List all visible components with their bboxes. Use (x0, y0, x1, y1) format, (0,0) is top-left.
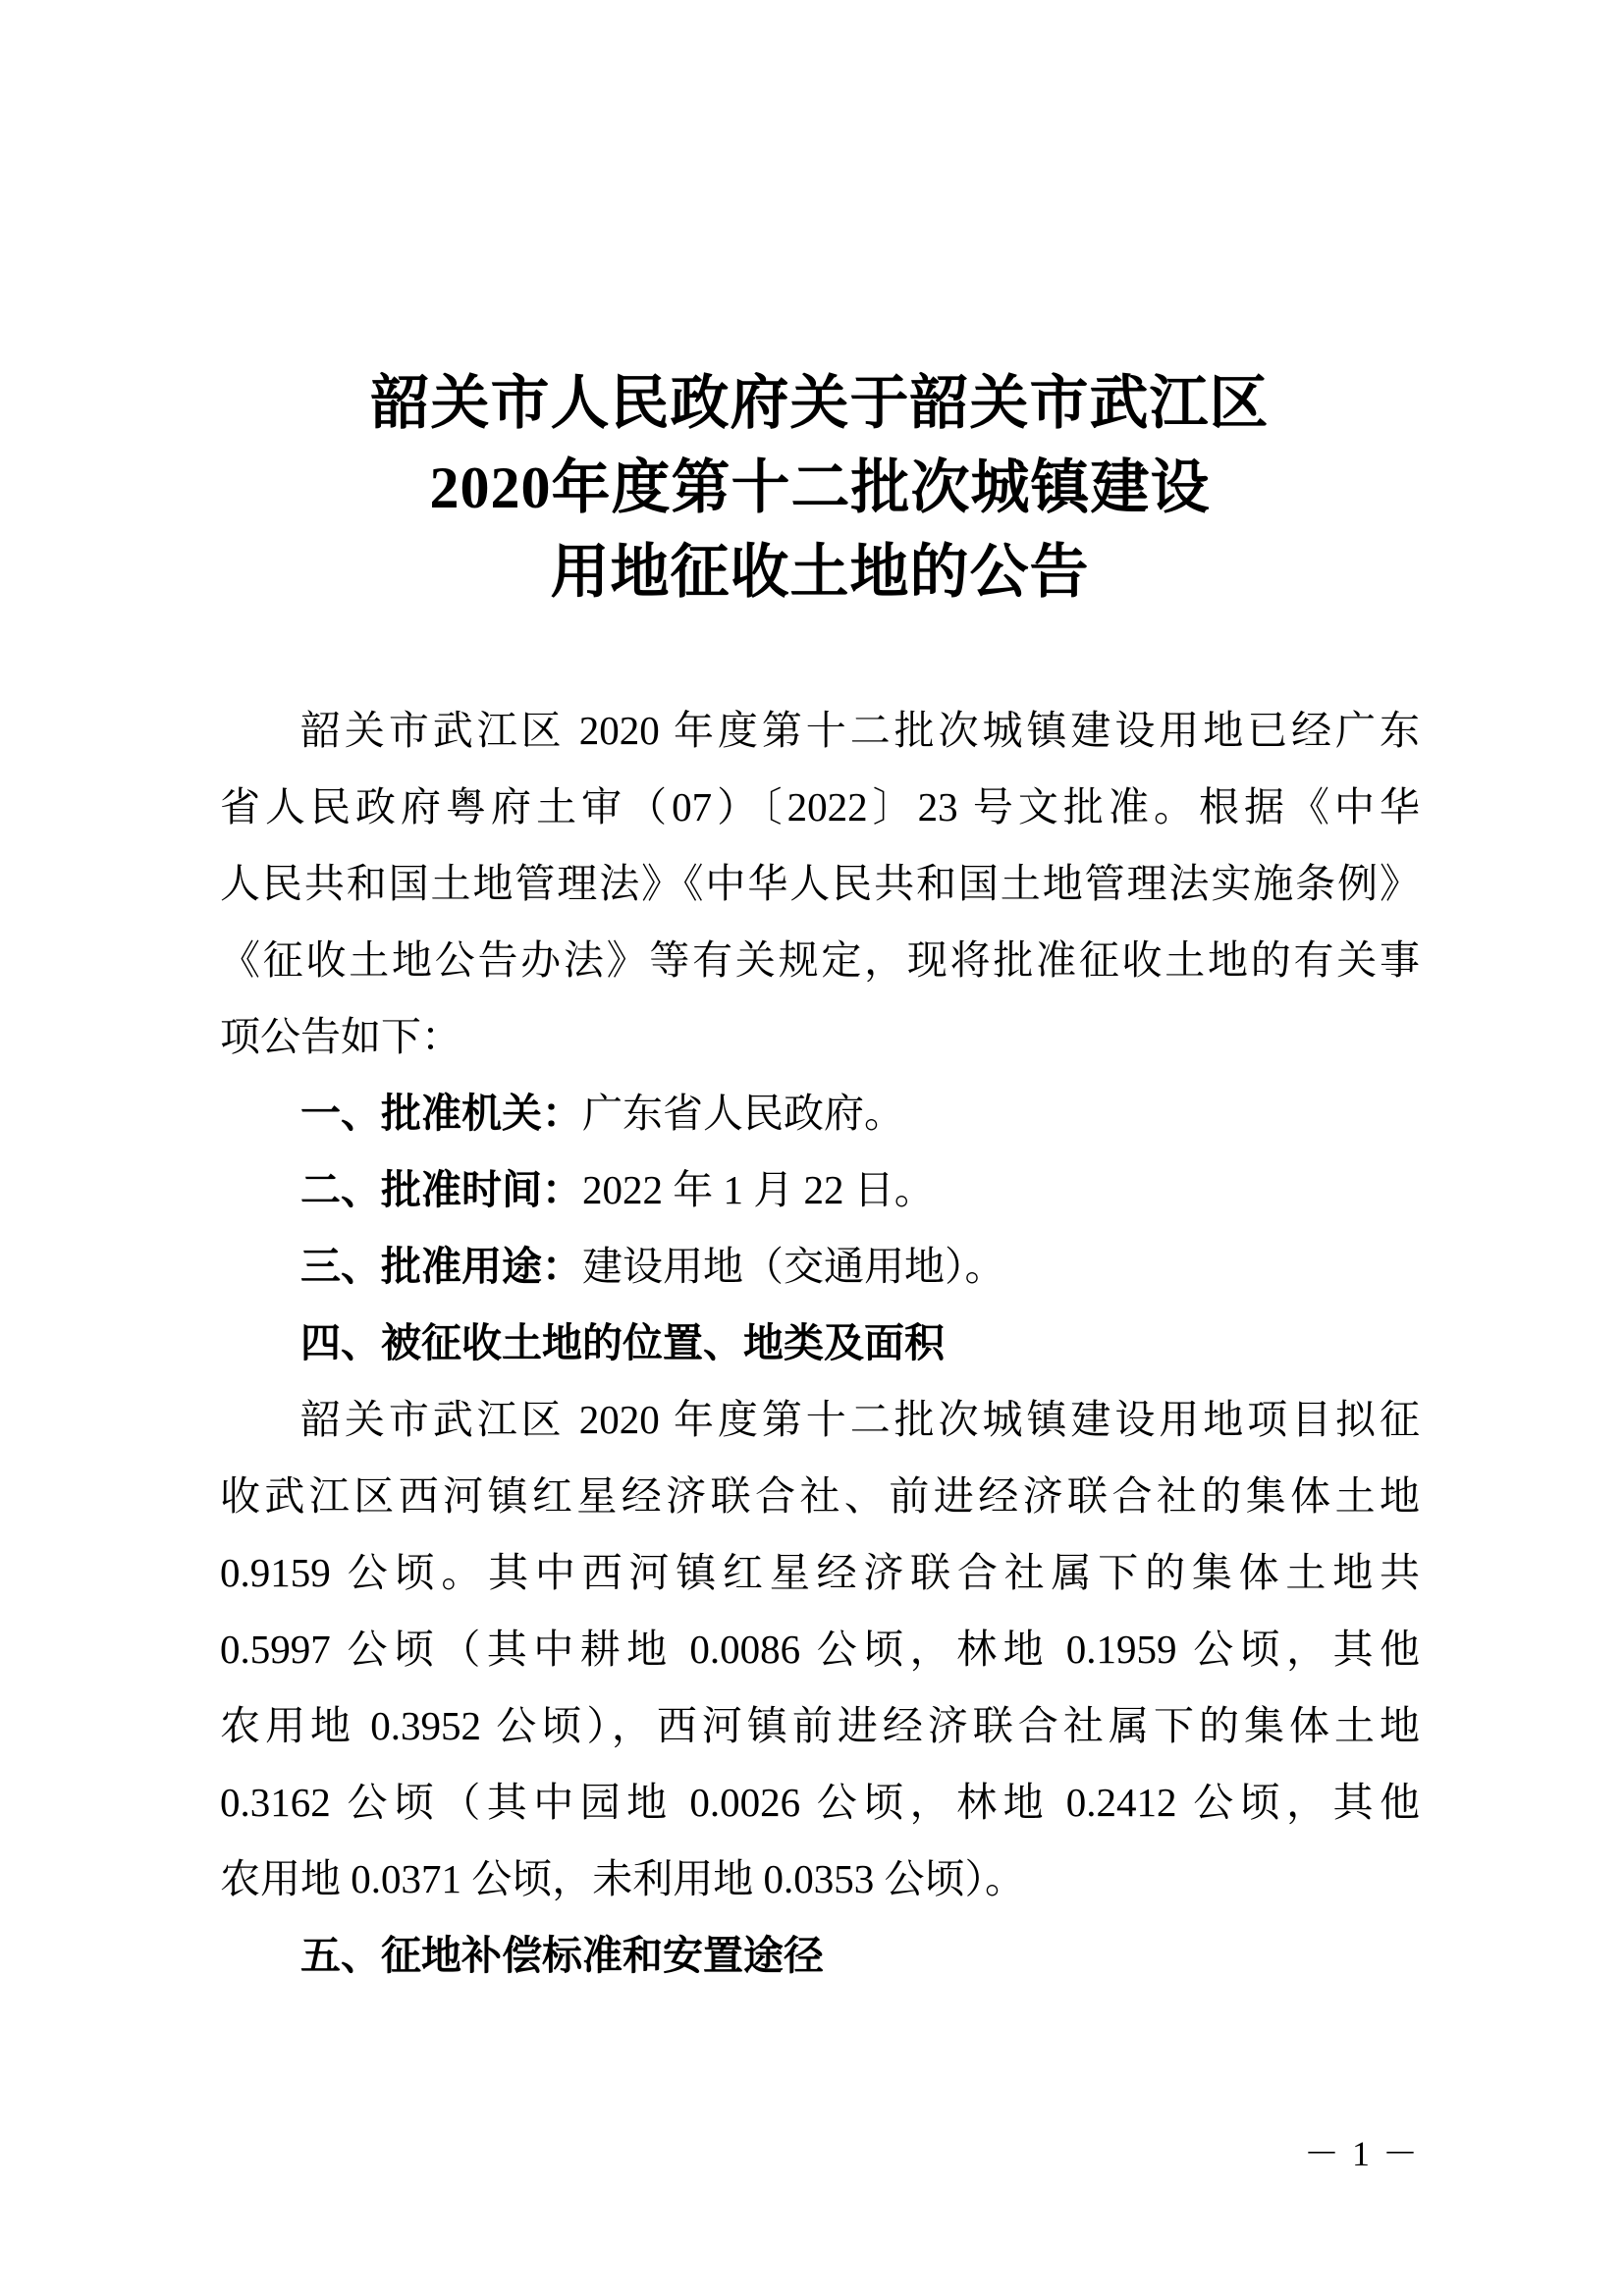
document-title-line: 用地征收土地的公告 (220, 530, 1420, 614)
numbered-item: 三、批准用途：建设用地（交通用地）。 (220, 1228, 1420, 1305)
numbered-item-value: 广东省人民政府。 (582, 1091, 904, 1136)
document-title-line: 2020年度第十二批次城镇建设 (220, 446, 1420, 530)
body-line: 省人民政府粤府土审（07）〔2022〕23 号文批准。根据《中华 (220, 769, 1420, 845)
page-number: － 1 － (1304, 2134, 1420, 2173)
numbered-item-label: 二、批准时间： (300, 1167, 582, 1212)
numbered-item: 一、批准机关：广东省人民政府。 (220, 1075, 1420, 1151)
body-line: 农用地 0.0371 公顷，未利用地 0.0353 公顷）。 (220, 1841, 1420, 1917)
body-line: 0.5997 公顷（其中耕地 0.0086 公顷，林地 0.1959 公顷，其他 (220, 1611, 1420, 1687)
body-line: 人民共和国土地管理法》《中华人民共和国土地管理法实施条例》 (220, 845, 1420, 922)
numbered-item-value: 建设用地（交通用地）。 (582, 1244, 1005, 1289)
body-line: 0.9159 公顷。其中西河镇红星经济联合社属下的集体土地共 (220, 1534, 1420, 1611)
body-line: 韶关市武江区 2020 年度第十二批次城镇建设用地项目拟征 (220, 1381, 1420, 1458)
body-line: 韶关市武江区 2020 年度第十二批次城镇建设用地已经广东 (220, 692, 1420, 769)
section-heading: 五、征地补偿标准和安置途径 (220, 1917, 1420, 1994)
body-line: 0.3162 公顷（其中园地 0.0026 公顷，林地 0.2412 公顷，其他 (220, 1764, 1420, 1841)
document-title: 韶关市人民政府关于韶关市武江区 2020年度第十二批次城镇建设 用地征收土地的公… (220, 361, 1420, 614)
document-page: 韶关市人民政府关于韶关市武江区 2020年度第十二批次城镇建设 用地征收土地的公… (0, 0, 1624, 2296)
page-footer: － 1 － (220, 2132, 1420, 2175)
numbered-item-value: 2022 年 1 月 22 日。 (582, 1167, 935, 1212)
numbered-item-label: 三、批准用途： (300, 1244, 582, 1289)
section-heading: 四、被征收土地的位置、地类及面积 (220, 1305, 1420, 1381)
numbered-item: 二、批准时间：2022 年 1 月 22 日。 (220, 1151, 1420, 1228)
body-line: 收武江区西河镇红星经济联合社、前进经济联合社的集体土地 (220, 1458, 1420, 1534)
document-title-line: 韶关市人民政府关于韶关市武江区 (220, 361, 1420, 446)
body-line: 《征收土地公告办法》等有关规定，现将批准征收土地的有关事 (220, 922, 1420, 998)
body-line: 项公告如下： (220, 998, 1420, 1075)
numbered-item-label: 一、批准机关： (300, 1091, 582, 1136)
body-line: 农用地 0.3952 公顷），西河镇前进经济联合社属下的集体土地 (220, 1687, 1420, 1764)
document-body: 韶关市武江区 2020 年度第十二批次城镇建设用地已经广东省人民政府粤府土审（0… (220, 692, 1420, 1994)
